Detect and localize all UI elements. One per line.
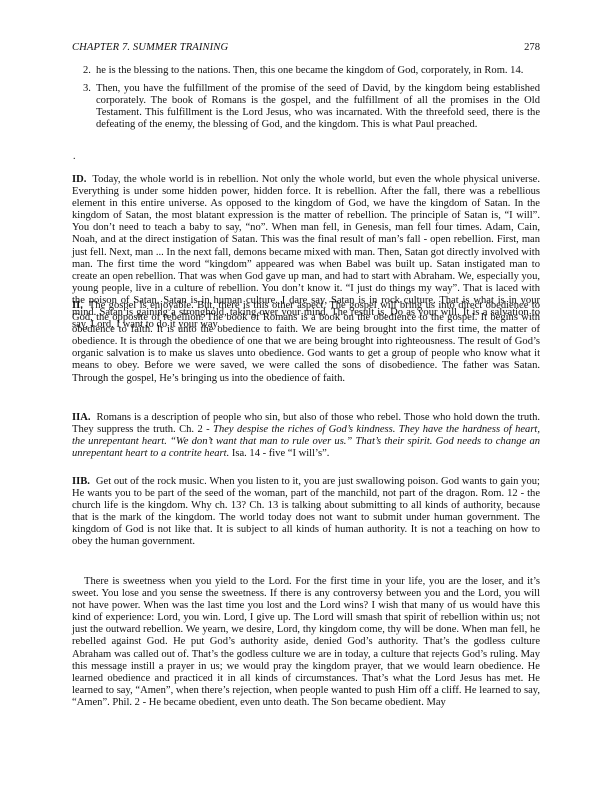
paragraph-ii: II.The gospel is enjoyable. But, there i… — [72, 300, 540, 385]
page-number: 278 — [524, 42, 540, 53]
section-label: ID. — [72, 174, 86, 185]
section-label: IIB. — [72, 476, 90, 487]
paragraph-iia: IIA.Romans is a description of people wh… — [72, 412, 540, 460]
document-page: CHAPTER 7. SUMMER TRAINING 278 2. he is … — [0, 0, 612, 792]
section-label: II. — [72, 300, 83, 311]
list-item: 2. he is the blessing to the nations. Th… — [72, 65, 540, 77]
chapter-title: CHAPTER 7. SUMMER TRAINING — [72, 42, 228, 53]
running-header: CHAPTER 7. SUMMER TRAINING 278 — [72, 42, 540, 56]
list-item: 3. Then, you have the fulfillment of the… — [72, 83, 540, 131]
numbered-list: 2. he is the blessing to the nations. Th… — [72, 65, 540, 137]
section-label: IIA. — [72, 412, 90, 423]
paragraph-text: The gospel is enjoyable. But, there is t… — [72, 300, 540, 384]
paragraph-text: Isa. 14 - five “I will’s”. — [229, 448, 329, 459]
paragraph-closing: There is sweetness when you yield to the… — [72, 576, 540, 709]
paragraph-text: There is sweetness when you yield to the… — [72, 576, 540, 708]
list-item-text: Then, you have the fulfillment of the pr… — [96, 83, 540, 130]
list-item-number: 2. — [83, 65, 91, 77]
paragraph-iib: IIB.Get out of the rock music. When you … — [72, 476, 540, 549]
list-item-number: 3. — [83, 83, 91, 95]
paragraph-text: Get out of the rock music. When you list… — [72, 476, 540, 547]
list-item-text: he is the blessing to the nations. Then,… — [96, 65, 523, 76]
stray-mark: . — [73, 151, 76, 162]
